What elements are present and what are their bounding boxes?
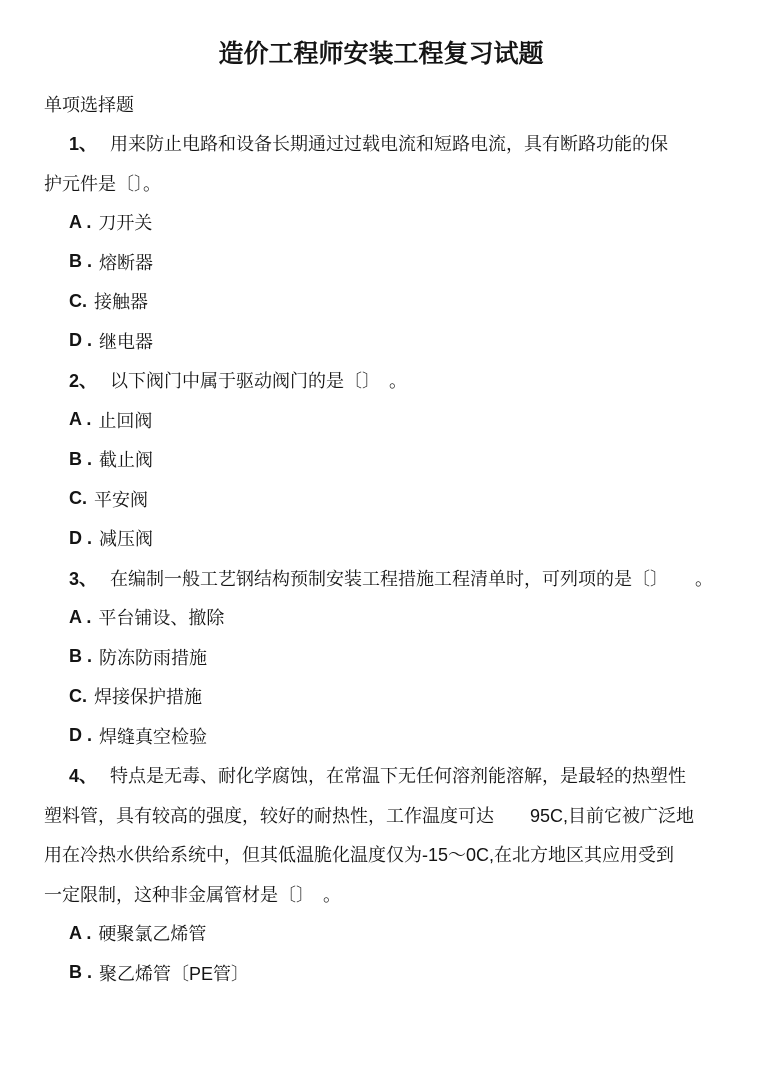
option-text: 焊缝真空检验: [99, 723, 207, 749]
question-4-option-b: B .聚乙烯管〔PE管〕: [44, 953, 734, 993]
question-2-option-d: D .减压阀: [44, 519, 734, 559]
option-text: 继电器: [99, 328, 153, 354]
question-2-option-c: C.平安阀: [44, 479, 734, 519]
option-label: D .: [69, 330, 92, 351]
question-2-number: 2、: [69, 367, 97, 393]
option-label: B .: [69, 251, 92, 272]
question-3-option-c: C.焊接保护措施: [44, 677, 734, 717]
option-text: 防冻防雨措施: [99, 644, 207, 670]
option-label: D .: [69, 725, 92, 746]
question-1-number: 1、: [69, 130, 97, 156]
option-label: A .: [69, 212, 91, 233]
option-label: B .: [69, 962, 92, 983]
question-3-stem-line-1: 3、在编制一般工艺钢结构预制安装工程措施工程清单时，可列项的是〔〕 。: [44, 558, 734, 598]
question-4-stem-line-1: 4、特点是无毒、耐化学腐蚀，在常温下无任何溶剂能溶解，是最轻的热塑性: [44, 756, 734, 796]
question-3-number: 3、: [69, 565, 97, 591]
option-label: A .: [69, 409, 91, 430]
question-1-option-c: C.接触器: [44, 282, 734, 322]
option-text: 熔断器: [99, 249, 153, 275]
option-text: 焊接保护措施: [94, 683, 202, 709]
option-label: A .: [69, 607, 91, 628]
question-1-stem-line-2: 护元件是〔〕。: [44, 163, 734, 203]
question-1-stem-text: 用来防止电路和设备长期通过过载电流和短路电流，具有断路功能的保: [110, 130, 668, 156]
question-1-stem-line-1: 1、用来防止电路和设备长期通过过载电流和短路电流，具有断路功能的保: [44, 124, 734, 164]
option-label: C.: [69, 291, 87, 312]
document-title: 造价工程师安装工程复习试题: [0, 0, 762, 72]
question-3-option-d: D .焊缝真空检验: [44, 716, 734, 756]
option-text: 平台铺设、撤除: [98, 604, 224, 630]
question-1-option-a: A .刀开关: [44, 203, 734, 243]
option-text: 止回阀: [98, 407, 152, 433]
option-text: 平安阀: [94, 486, 148, 512]
question-2-option-b: B .截止阀: [44, 440, 734, 480]
question-1-option-d: D .继电器: [44, 321, 734, 361]
question-3-option-b: B .防冻防雨措施: [44, 637, 734, 677]
question-1-option-b: B .熔断器: [44, 242, 734, 282]
option-text: 刀开关: [98, 209, 152, 235]
question-4-stem-line-2: 塑料管，具有较高的强度，较好的耐热性，工作温度可达 95C,目前它被广泛地: [44, 795, 734, 835]
option-label: A .: [69, 923, 91, 944]
option-label: B .: [69, 449, 92, 470]
question-4-stem-text: 特点是无毒、耐化学腐蚀，在常温下无任何溶剂能溶解，是最轻的热塑性: [110, 762, 686, 788]
question-2-stem-line-1: 2、以下阀门中属于驱动阀门的是〔〕 。: [44, 361, 734, 401]
option-text: 聚乙烯管〔PE管〕: [99, 960, 249, 986]
question-4-option-a: A .硬聚氯乙烯管: [44, 914, 734, 954]
document-page: 造价工程师安装工程复习试题 单项选择题 1、用来防止电路和设备长期通过过载电流和…: [0, 0, 762, 1080]
question-2-stem-text: 以下阀门中属于驱动阀门的是〔〕 。: [110, 367, 407, 393]
option-text: 减压阀: [99, 525, 153, 551]
option-label: D .: [69, 528, 92, 549]
option-label: B .: [69, 646, 92, 667]
question-3-stem-text: 在编制一般工艺钢结构预制安装工程措施工程清单时，可列项的是〔〕 。: [110, 565, 713, 591]
question-4-stem-line-3: 用在冷热水供给系统中，但其低温脆化温度仅为-15～0C,在北方地区其应用受到: [44, 835, 734, 875]
question-4-stem-line-4: 一定限制，这种非金属管材是〔〕 。: [44, 874, 734, 914]
option-text: 硬聚氯乙烯管: [98, 920, 206, 946]
document-body: 单项选择题 1、用来防止电路和设备长期通过过载电流和短路电流，具有断路功能的保 …: [0, 84, 762, 993]
option-text: 截止阀: [99, 446, 153, 472]
option-text: 接触器: [94, 288, 148, 314]
question-3-option-a: A .平台铺设、撤除: [44, 598, 734, 638]
option-label: C.: [69, 488, 87, 509]
question-2-option-a: A .止回阀: [44, 400, 734, 440]
question-4-number: 4、: [69, 762, 97, 788]
section-heading: 单项选择题: [44, 84, 734, 124]
option-label: C.: [69, 686, 87, 707]
